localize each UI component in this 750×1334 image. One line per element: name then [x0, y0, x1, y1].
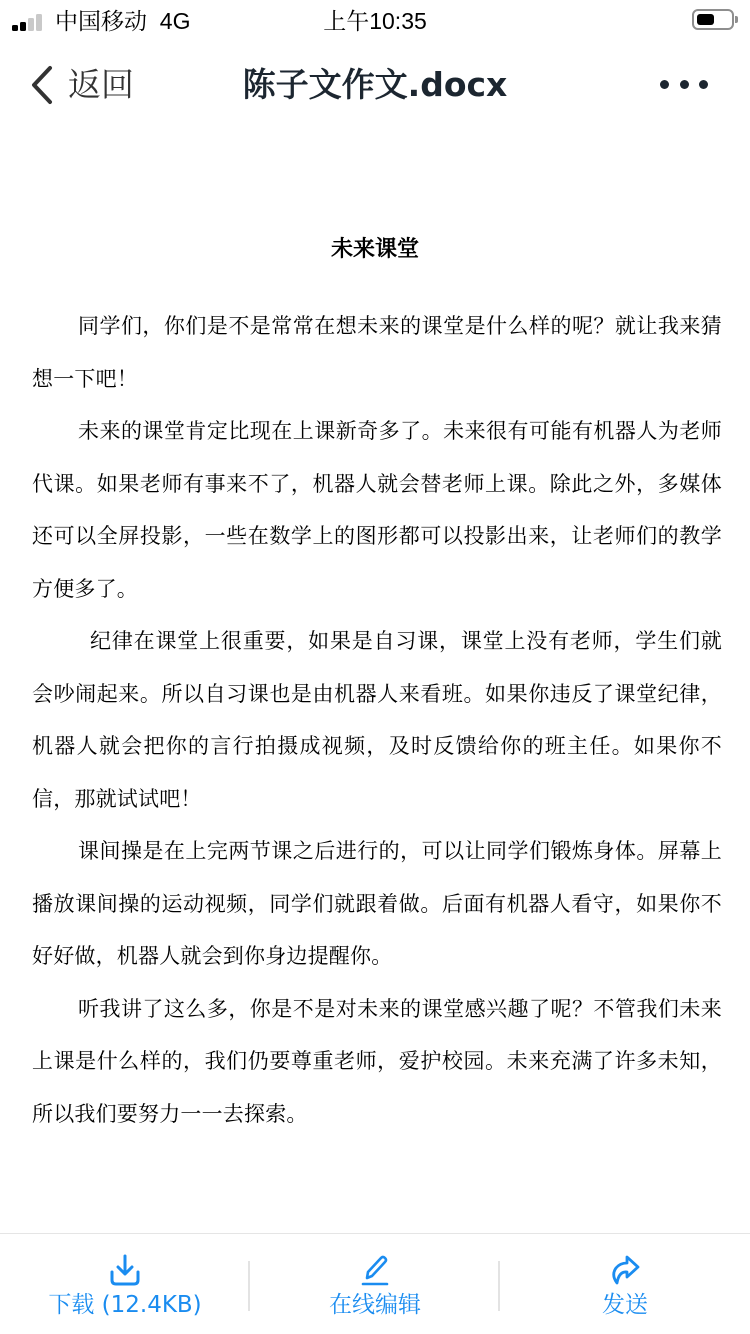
paragraph: 课间操是在上完两节课之后进行的，可以让同学们锻炼身体。屏幕上播放课间操的运动视频… — [32, 825, 722, 983]
paragraph: 纪律在课堂上很重要，如果是自习课，课堂上没有老师，学生们就会吵闹起来。所以自习课… — [32, 615, 722, 825]
more-options-button[interactable] — [660, 76, 708, 92]
paragraph: 未来的课堂肯定比现在上课新奇多了。未来很有可能有机器人为老师代课。如果老师有事来… — [32, 405, 722, 615]
send-label: 发送 — [500, 1290, 750, 1320]
page-title: 陈子文作文.docx — [0, 64, 750, 106]
download-icon — [107, 1252, 143, 1288]
status-time: 上午10:35 — [0, 7, 750, 35]
document-body: 未来课堂 同学们，你们是不是常常在想未来的课堂是什么样的呢？就让我来猜想一下吧！… — [32, 226, 722, 1140]
bottom-toolbar: 下载 (12.4KB) 在线编辑 发送 — [0, 1233, 750, 1334]
send-button[interactable]: 发送 — [500, 1234, 750, 1334]
paragraph: 听我讲了这么多，你是不是对未来的课堂感兴趣了呢？不管我们未来上课是什么样的，我们… — [32, 983, 722, 1141]
document-title: 未来课堂 — [28, 226, 722, 272]
pencil-icon — [357, 1252, 393, 1288]
more-horizontal-icon — [660, 80, 669, 89]
download-button[interactable]: 下载 (12.4KB) — [0, 1234, 250, 1334]
paragraph: 同学们，你们是不是常常在想未来的课堂是什么样的呢？就让我来猜想一下吧！ — [32, 300, 722, 405]
status-bar: 中国移动 4G 上午10:35 — [0, 0, 750, 42]
share-icon — [607, 1252, 643, 1288]
nav-bar: 返回 陈子文作文.docx — [0, 50, 750, 120]
battery-icon — [692, 9, 734, 30]
download-label: 下载 (12.4KB) — [0, 1290, 250, 1320]
edit-online-label: 在线编辑 — [250, 1290, 500, 1320]
edit-online-button[interactable]: 在线编辑 — [250, 1234, 500, 1334]
